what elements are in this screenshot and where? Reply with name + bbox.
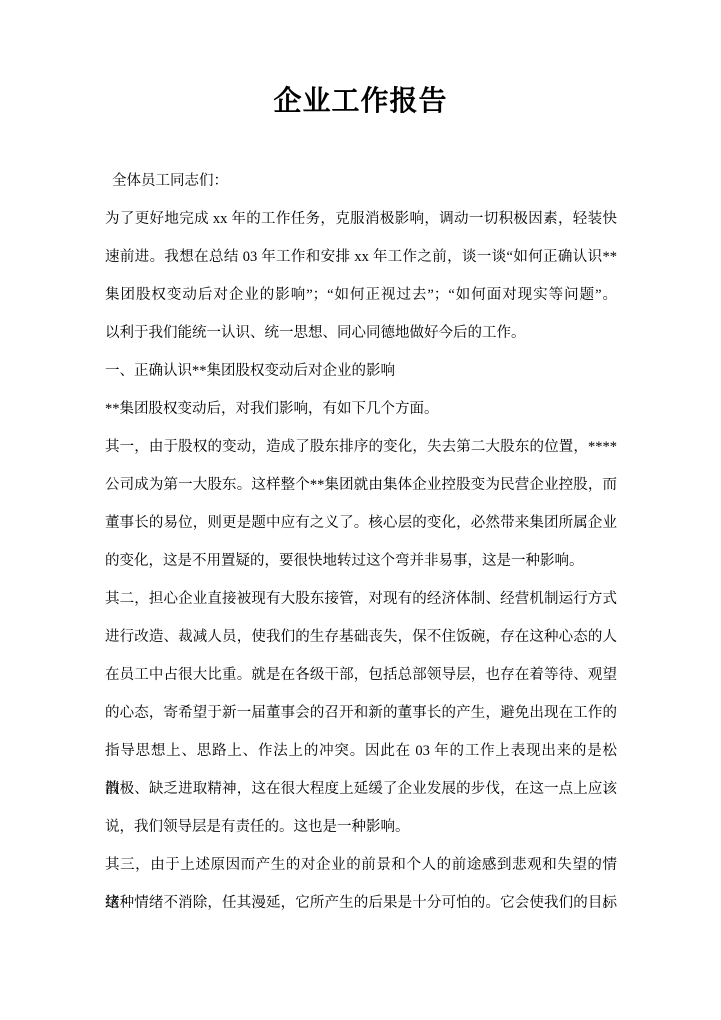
text-line: **集团股权变动后，对我们影响，有如下几个方面。 bbox=[105, 390, 617, 428]
text-line: 进行改造、裁减人员，使我们的生存基础丧失，保不住饭碗，存在这种心态的人 bbox=[105, 618, 617, 656]
text-line: 以利于我们能统一认识、统一思想、同心同德地做好今后的工作。 bbox=[105, 314, 617, 352]
text-line: 说，我们领导层是有责任的。这也是一种影响。 bbox=[105, 808, 617, 846]
text-line: 其二，担心企业直接被现有大股东接管，对现有的经济体制、经营机制运行方式 bbox=[105, 580, 617, 618]
text-line: 为了更好地完成 xx 年的工作任务，克服消极影响，调动一切积极因素，轻装快 bbox=[105, 200, 617, 238]
text-line: 这种情绪不消除，任其漫延，它所产生的后果是十分可怕的。它会使我们的目标 bbox=[105, 884, 617, 922]
text-line: 指导思想上、思路上、作法上的冲突。因此在 03 年的工作上表现出来的是松散、 bbox=[105, 732, 617, 770]
salutation: 全体员工同志们： bbox=[105, 162, 617, 200]
text-line: 消极、缺乏进取精神，这在很大程度上延缓了企业发展的步伐，在这一点上应该 bbox=[105, 770, 617, 808]
document-body: 全体员工同志们：为了更好地完成 xx 年的工作任务，克服消极影响，调动一切积极因… bbox=[105, 162, 617, 922]
text-line: 的变化，这是不用置疑的，要很快地转过这个弯并非易事，这是一种影响。 bbox=[105, 542, 617, 580]
text-line: 公司成为第一大股东。这样整个**集团就由集体企业控股变为民营企业控股，而 bbox=[105, 466, 617, 504]
text-line: 董事长的易位，则更是题中应有之义了。核心层的变化，必然带来集团所属企业 bbox=[105, 504, 617, 542]
text-line: 的心态，寄希望于新一届董事会的召开和新的董事长的产生，避免出现在工作的 bbox=[105, 694, 617, 732]
text-line: 在员工中占很大比重。就是在各级干部，包括总部领导层，也存在着等待、观望 bbox=[105, 656, 617, 694]
document-page: 企业工作报告 全体员工同志们：为了更好地完成 xx 年的工作任务，克服消极影响，… bbox=[0, 0, 721, 1020]
text-line: 其一，由于股权的变动，造成了股东排序的变化，失去第二大股东的位置，**** bbox=[105, 428, 617, 466]
section-heading: 一、正确认识**集团股权变动后对企业的影响 bbox=[105, 352, 617, 390]
text-line: 其三，由于上述原因而产生的对企业的前景和个人的前途感到悲观和失望的情绪。 bbox=[105, 846, 617, 884]
text-line: 速前进。我想在总结 03 年工作和安排 xx 年工作之前，谈一谈“如何正确认识*… bbox=[105, 238, 617, 276]
text-line: 集团股权变动后对企业的影响”；“如何正视过去”；“如何面对现实等问题”。 bbox=[105, 276, 617, 314]
document-title: 企业工作报告 bbox=[0, 82, 721, 122]
